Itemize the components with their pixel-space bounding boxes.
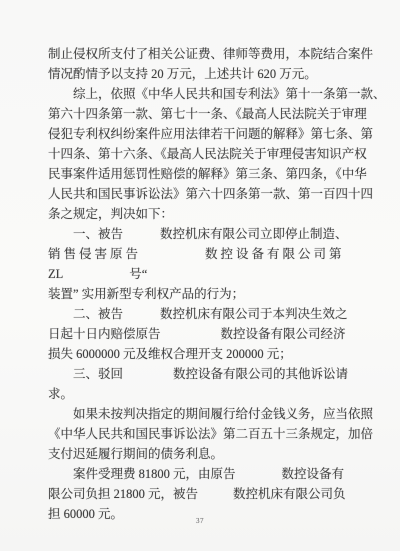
redacted-name-gap [63, 277, 129, 278]
document-line: 支付迟延履行期间的债务利息。 [48, 444, 348, 464]
document-line: ZL号“ [48, 264, 348, 284]
document-line: 损失 6000000 元及维权合理开支 200000 元； [48, 344, 348, 364]
line-text: ZL [48, 267, 63, 281]
line-text: 限公司负担 21800 元，被告 [48, 487, 198, 501]
document-line: 销售侵害原告数控设备有限公司第 [48, 244, 348, 264]
document-line: 求。 [48, 384, 348, 404]
line-text: 综上，依照《中华人民共和国专利法》第十一条第一款、 [73, 87, 386, 101]
document-line: 如果未按判决指定的期间履行给付金钱义务，应当依照 [48, 404, 348, 424]
document-line: 民事案件适用惩罚性赔偿的解释》第三条、第四条，《中华 [48, 164, 348, 184]
line-text: 如果未按判决指定的期间履行给付金钱义务，应当依照 [73, 407, 373, 421]
document-line: 装置” 实用新型专利权产品的行为； [48, 284, 348, 304]
document-line: 综上，依照《中华人民共和国专利法》第十一条第一款、 [48, 84, 348, 104]
redacted-name-gap [236, 477, 282, 478]
document-line: 侵犯专利权纠纷案件应用法律若干问题的解释》第七条、第 [48, 124, 348, 144]
redacted-name-gap [123, 377, 173, 378]
document-line: 第六十四条第一款、第七十一条、《最高人民法院关于审理 [48, 104, 348, 124]
document-line: 制止侵权所支付了相关公证费、律师等费用，本院结合案件 [48, 44, 348, 64]
document-line: 人民共和国民事诉讼法》第六十四条第一款、第一百四十四 [48, 184, 348, 204]
line-text: 案件受理费 81800 元，由原告 [73, 467, 236, 481]
line-text: 支付迟延履行期间的债务利息。 [48, 447, 223, 461]
document-line: 条之规定，判决如下： [48, 204, 348, 224]
document-line: 限公司负担 21800 元，被告数控机床有限公司负 [48, 484, 348, 504]
line-text: 一、被告 [73, 227, 123, 241]
line-text: 数控机床有限公司负 [233, 487, 346, 501]
redacted-name-gap [123, 237, 160, 238]
line-text: 制止侵权所支付了相关公证费、律师等费用，本院结合案件 [48, 47, 373, 61]
document-line: 十四条、第十六条、《最高人民法院关于审理侵害知识产权 [48, 144, 348, 164]
line-text: 《中华人民共和国民事诉讼法》第二百五十三条规定，加倍 [48, 427, 373, 441]
line-text: 二、被告 [73, 307, 123, 321]
document-line: 情况酌情予以支持 20 万元，上述共计 620 万元。 [48, 64, 348, 84]
line-text: 侵犯专利权纠纷案件应用法律若干问题的解释》第七条、第 [48, 127, 373, 141]
line-text: 数控设备有限公司的其他诉讼请 [173, 367, 348, 381]
line-text: 三、驳回 [73, 367, 123, 381]
document-line: 日起十日内赔偿原告数控设备有限公司经济 [48, 324, 348, 344]
line-text: 求。 [48, 387, 73, 401]
redacted-name-gap [123, 317, 160, 318]
line-text: 号“ [129, 267, 147, 281]
redacted-name-gap [198, 497, 233, 498]
line-text: 数控机床有限公司于本判决生效之 [160, 307, 348, 321]
document-line: 《中华人民共和国民事诉讼法》第二百五十三条规定，加倍 [48, 424, 348, 444]
line-text: 数控设备有 [282, 467, 345, 481]
line-text: 数控机床有限公司立即停止制造、 [160, 227, 348, 241]
document-line: 一、被告数控机床有限公司立即停止制造、 [48, 224, 348, 244]
redacted-name-gap [161, 337, 221, 338]
line-text: 装置” 实用新型专利权产品的行为； [48, 287, 244, 301]
line-text: 销售侵害原告 [48, 247, 141, 261]
line-text: 数控设备有限公司经济 [221, 327, 346, 341]
line-text: 条之规定，判决如下： [48, 207, 173, 221]
line-text: 日起十日内赔偿原告 [48, 327, 161, 341]
document-line: 案件受理费 81800 元，由原告数控设备有 [48, 464, 348, 484]
line-text: 情况酌情予以支持 20 万元，上述共计 620 万元。 [48, 67, 317, 81]
document-page: 制止侵权所支付了相关公证费、律师等费用，本院结合案件情况酌情予以支持 20 万元… [0, 0, 400, 551]
line-text: 第六十四条第一款、第七十一条、《最高人民法院关于审理 [48, 107, 367, 121]
line-text: 十四条、第十六条、《最高人民法院关于审理侵害知识产权 [48, 147, 367, 161]
line-text: 数控设备有限公司第 [205, 247, 345, 261]
document-line: 二、被告数控机床有限公司于本判决生效之 [48, 304, 348, 324]
line-text: 民事案件适用惩罚性赔偿的解释》第三条、第四条，《中华 [48, 167, 367, 181]
document-line: 三、驳回数控设备有限公司的其他诉讼请 [48, 364, 348, 384]
line-text: 人民共和国民事诉讼法》第六十四条第一款、第一百四十四 [48, 187, 373, 201]
redacted-name-gap [141, 257, 205, 258]
page-number: 37 [0, 517, 400, 525]
document-body: 制止侵权所支付了相关公证费、律师等费用，本院结合案件情况酌情予以支持 20 万元… [48, 44, 348, 524]
line-text: 损失 6000000 元及维权合理开支 200000 元； [48, 347, 292, 361]
